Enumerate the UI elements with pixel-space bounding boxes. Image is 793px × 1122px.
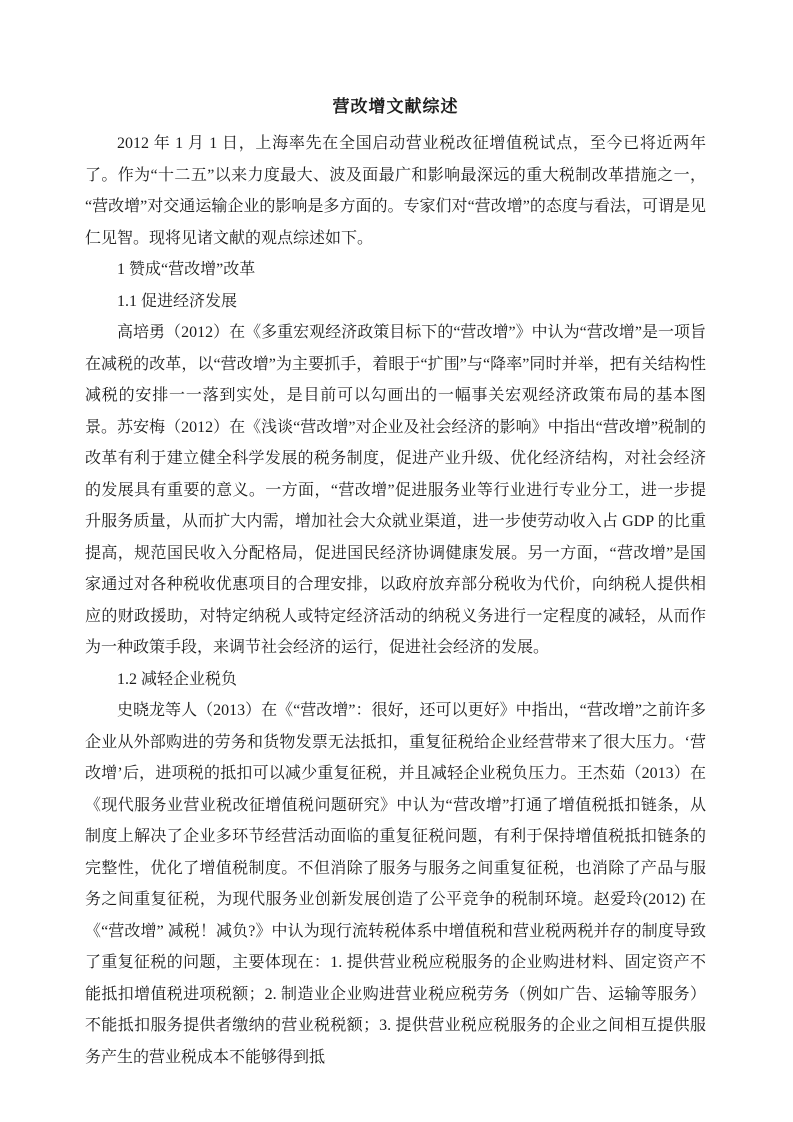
section-heading: 1.2 减轻企业税负 [85, 664, 706, 696]
paragraph: 高培勇（2012）在《多重宏观经济政策目标下的“营改增”》中认为“营改增”是一项… [85, 317, 706, 664]
section-heading: 1 赞成“营改增”改革 [85, 254, 706, 286]
document-body: 2012 年 1 月 1 日，上海率先在全国启动营业税改征增值税试点，至今已将近… [85, 128, 706, 1073]
paragraph: 史晓龙等人（2013）在《“营改增”：很好，还可以更好》中指出，“营改增”之前许… [85, 695, 706, 1073]
document-title: 营改增文献综述 [85, 94, 706, 120]
paragraph: 2012 年 1 月 1 日，上海率先在全国启动营业税改征增值税试点，至今已将近… [85, 128, 706, 254]
document-content: 营改增文献综述 2012 年 1 月 1 日，上海率先在全国启动营业税改征增值税… [0, 0, 793, 1122]
section-heading: 1.1 促进经济发展 [85, 286, 706, 318]
document-page: 营改增文献综述 2012 年 1 月 1 日，上海率先在全国启动营业税改征增值税… [0, 0, 793, 1122]
